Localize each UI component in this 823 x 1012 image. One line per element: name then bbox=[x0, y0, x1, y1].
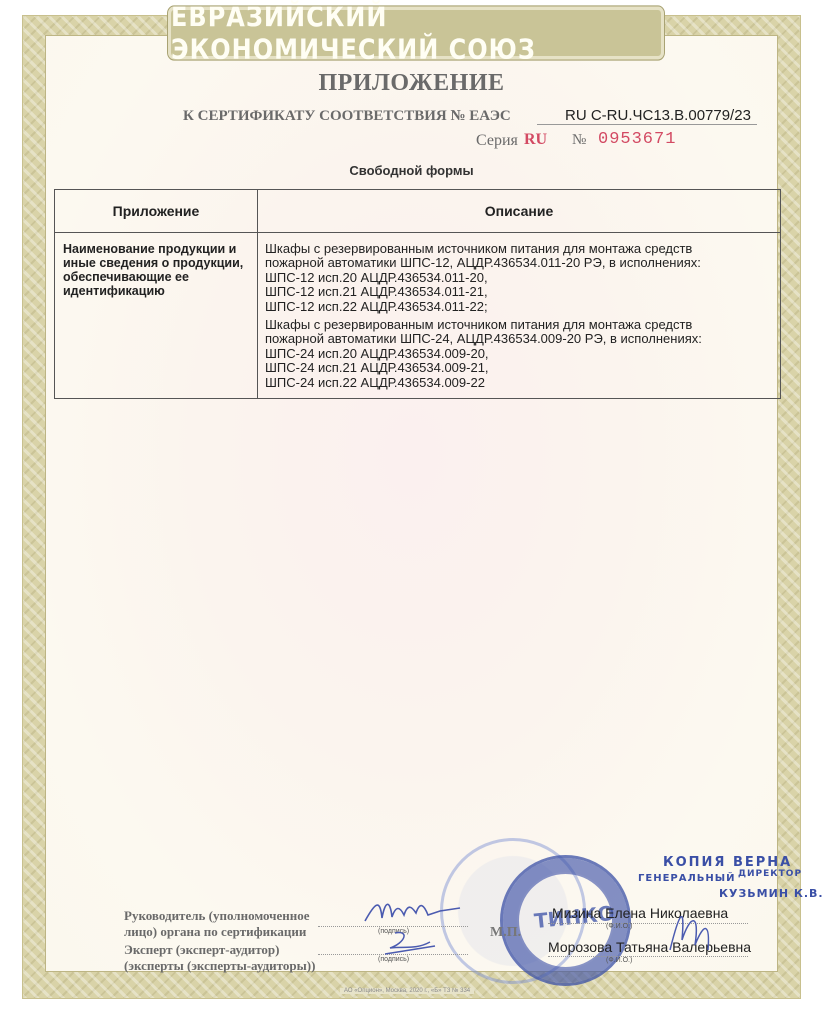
description-line: ШПС-12 исп.20 АЦДР.436534.011-20, bbox=[265, 271, 772, 285]
number-label: № bbox=[572, 132, 586, 149]
appendix-table: Приложение Описание Наименование продукц… bbox=[54, 189, 781, 399]
expert-signature bbox=[375, 928, 445, 958]
description-line: пожарной автоматики ШПС-24, АЦДР.436534.… bbox=[265, 332, 772, 346]
printer-note: АО «Опцион», Москва, 2020 г., «Б» ТЗ № 3… bbox=[340, 988, 474, 994]
table-row: Наименование продукции и иные сведения о… bbox=[55, 233, 781, 399]
table-header-row: Приложение Описание bbox=[55, 190, 781, 233]
description-line: Шкафы с резервированным источником питан… bbox=[265, 242, 772, 256]
copy-stamp-line-1: КОПИЯ ВЕРНА bbox=[663, 855, 792, 870]
blank-number: 0953671 bbox=[598, 130, 676, 149]
seal-placeholder: М.П. bbox=[490, 925, 521, 941]
expert-name: Морозова Татьяна Валерьевна bbox=[548, 939, 751, 955]
series-value: RU bbox=[524, 131, 547, 149]
description-block-shps12: Шкафы с резервированным источником питан… bbox=[265, 242, 772, 314]
head-name-caption: (Ф.И.О.) bbox=[606, 923, 632, 930]
column-header-appendix: Приложение bbox=[55, 190, 258, 233]
head-signature bbox=[360, 893, 470, 928]
column-header-description: Описание bbox=[258, 190, 781, 233]
form-type: Свободной формы bbox=[0, 163, 823, 178]
description-line: ШПС-24 исп.20 АЦДР.436534.009-20, bbox=[265, 347, 772, 361]
head-label-line-2: лицо) органа по сертификации bbox=[124, 924, 310, 940]
description-line: ШПС-12 исп.22 АЦДР.436534.011-22; bbox=[265, 300, 772, 314]
copy-stamp-line-3: КУЗЬМИН К.В. bbox=[719, 887, 823, 900]
description-line: пожарной автоматики ШПС-12, АЦДР.436534.… bbox=[265, 256, 772, 270]
expert-label-line-1: Эксперт (эксперт-аудитор) bbox=[124, 942, 315, 958]
expert-name-caption: (Ф.И.О.) bbox=[606, 957, 632, 964]
union-banner: ЕВРАЗИЙСКИЙ ЭКОНОМИЧЕСКИЙ СОЮЗ bbox=[168, 7, 664, 60]
page-title: ПРИЛОЖЕНИЕ bbox=[0, 70, 823, 97]
certificate-prefix: К СЕРТИФИКАТУ СООТВЕТСТВИЯ № ЕАЭС bbox=[183, 108, 511, 125]
copy-stamp-line-2b: ДИРЕКТОР bbox=[738, 869, 802, 879]
head-label: Руководитель (уполномоченное лицо) орган… bbox=[124, 908, 310, 940]
certificate-number: RU C-RU.ЧС13.В.00779/23 bbox=[565, 107, 751, 124]
description-line: ШПС-24 исп.22 АЦДР.436534.009-22 bbox=[265, 376, 772, 390]
head-label-line-1: Руководитель (уполномоченное bbox=[124, 908, 310, 924]
description-block-shps24: Шкафы с резервированным источником питан… bbox=[265, 318, 772, 390]
expert-label-line-2: (эксперты (эксперты-аудиторы)) bbox=[124, 958, 315, 974]
description-line: ШПС-12 исп.21 АЦДР.436534.011-21, bbox=[265, 285, 772, 299]
product-description-cell: Шкафы с резервированным источником питан… bbox=[258, 233, 781, 399]
description-line: Шкафы с резервированным источником питан… bbox=[265, 318, 772, 332]
series-label: Серия bbox=[476, 132, 518, 150]
copy-stamp-line-2a: ГЕНЕРАЛЬНЫЙ bbox=[638, 873, 736, 884]
expert-label: Эксперт (эксперт-аудитор) (эксперты (экс… bbox=[124, 942, 315, 974]
director-signature bbox=[660, 900, 720, 960]
product-label-cell: Наименование продукции и иные сведения о… bbox=[55, 233, 258, 399]
description-line: ШПС-24 исп.21 АЦДР.436534.009-21, bbox=[265, 361, 772, 375]
certificate-number-underline bbox=[537, 124, 757, 125]
